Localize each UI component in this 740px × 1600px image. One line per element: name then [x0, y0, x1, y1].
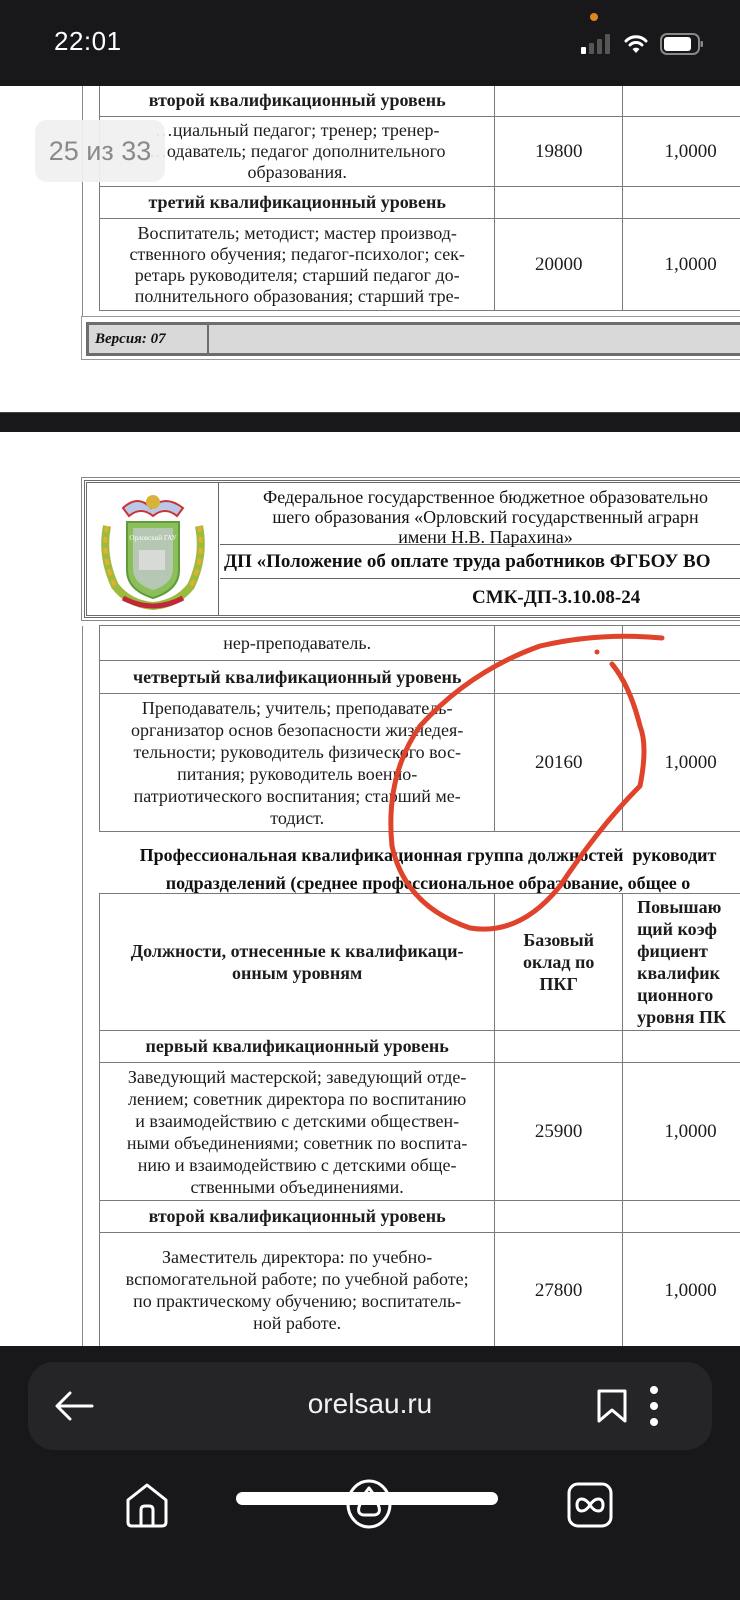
positions-cell: Воспитатель; методист; мастер производ- …	[100, 219, 495, 311]
salary-cell: 20000	[495, 219, 623, 311]
wifi-icon	[624, 34, 648, 54]
level-label: третий квалификационный уровень	[100, 187, 495, 219]
header-salary: Базовый оклад по ПКГ	[495, 894, 623, 1031]
positions-cell: Заместитель директора: по учебно- вспомо…	[100, 1233, 495, 1347]
level-label: первый квалификационный уровень	[100, 1031, 495, 1063]
table-row: …циальный педагог; тренер; тренер- …одав…	[100, 117, 740, 187]
table-row: нер-преподаватель.	[100, 626, 740, 661]
version-label: Версия: 07	[89, 325, 209, 353]
document-header: Орловский ГАУ Федеральное государственно…	[84, 480, 740, 618]
table-row: Преподаватель; учитель; преподаватель- о…	[100, 694, 740, 832]
salary-cell: 25900	[495, 1063, 623, 1201]
page-counter-badge: 25 из 33	[35, 120, 165, 182]
home-indicator[interactable]	[236, 1492, 498, 1505]
privacy-indicator-dot	[590, 13, 598, 21]
page-25-salary-table-1: нер-преподаватель. четвертый квалификаци…	[99, 625, 740, 832]
document-title: ДП «Положение об оплате труда работников…	[220, 545, 740, 579]
coefficient-cell: 1,0000	[623, 1063, 740, 1201]
coefficient-cell: 1,0000	[623, 219, 740, 311]
page-25-border	[82, 626, 83, 1346]
coefficient-cell: 1,0000	[623, 117, 740, 187]
page-separator	[0, 412, 740, 432]
positions-cell: Преподаватель; учитель; преподаватель- о…	[100, 694, 495, 832]
table-row: Заместитель директора: по учебно- вспомо…	[100, 1233, 740, 1347]
positions-cell: Заведующий мастерской; заведующий отде- …	[100, 1063, 495, 1201]
table-row: Воспитатель; методист; мастер производ- …	[100, 219, 740, 311]
positions-cell: нер-преподаватель.	[100, 626, 495, 661]
level-label: четвертый квалификационный уровень	[100, 661, 495, 694]
svg-text:Орловский ГАУ: Орловский ГАУ	[129, 534, 176, 542]
table-header-row: Должности, отнесенные к квалификаци- онн…	[100, 894, 740, 1031]
group-title: Профессиональная квалификационная группа…	[98, 841, 740, 897]
header-positions: Должности, отнесенные к квалификаци- онн…	[100, 894, 495, 1031]
salary-cell: 27800	[495, 1233, 623, 1347]
tabs-icon[interactable]	[567, 1482, 613, 1528]
page-25-salary-table-2: Должности, отнесенные к квалификаци- онн…	[99, 893, 740, 1346]
home-icon[interactable]	[124, 1482, 170, 1528]
table-row: первый квалификационный уровень	[100, 1031, 740, 1063]
status-bar: 22:01	[0, 0, 740, 86]
version-footer: Версия: 07	[86, 322, 740, 356]
table-row: четвертый квалификационный уровень	[100, 661, 740, 694]
table-row: Заведующий мастерской; заведующий отде- …	[100, 1063, 740, 1201]
coefficient-cell: 1,0000	[623, 694, 740, 832]
coefficient-cell: 1,0000	[623, 1233, 740, 1347]
header-coefficient: Повышаю щий коэф фициент квалифик ционно…	[623, 894, 740, 1031]
level-label: второй квалификационный уровень	[100, 1201, 495, 1233]
university-logo: Орловский ГАУ	[87, 483, 219, 615]
table-row: второй квалификационный уровень	[100, 86, 740, 117]
cellular-signal-icon	[580, 34, 610, 54]
browser-toolbar: orelsau.ru	[0, 1346, 740, 1600]
battery-icon	[660, 33, 704, 55]
organization-name: Федеральное государственное бюджетное об…	[220, 483, 740, 545]
bookmark-icon[interactable]	[596, 1388, 628, 1424]
pdf-viewer[interactable]: второй квалификационный уровень …циальны…	[0, 86, 740, 1346]
salary-cell: 19800	[495, 117, 623, 187]
document-code: СМК-ДП-3.10.08-24	[220, 579, 740, 615]
salary-cell-highlighted: 20160	[495, 694, 623, 832]
address-bar[interactable]: orelsau.ru	[28, 1362, 712, 1450]
more-menu-icon[interactable]	[642, 1384, 666, 1428]
table-row: второй квалификационный уровень	[100, 1201, 740, 1233]
university-crest-icon: Орловский ГАУ	[93, 486, 213, 612]
status-time: 22:01	[54, 26, 122, 57]
page-24-salary-table: второй квалификационный уровень …циальны…	[99, 86, 740, 311]
level-label: второй квалификационный уровень	[100, 86, 495, 117]
table-row: третий квалификационный уровень	[100, 187, 740, 219]
